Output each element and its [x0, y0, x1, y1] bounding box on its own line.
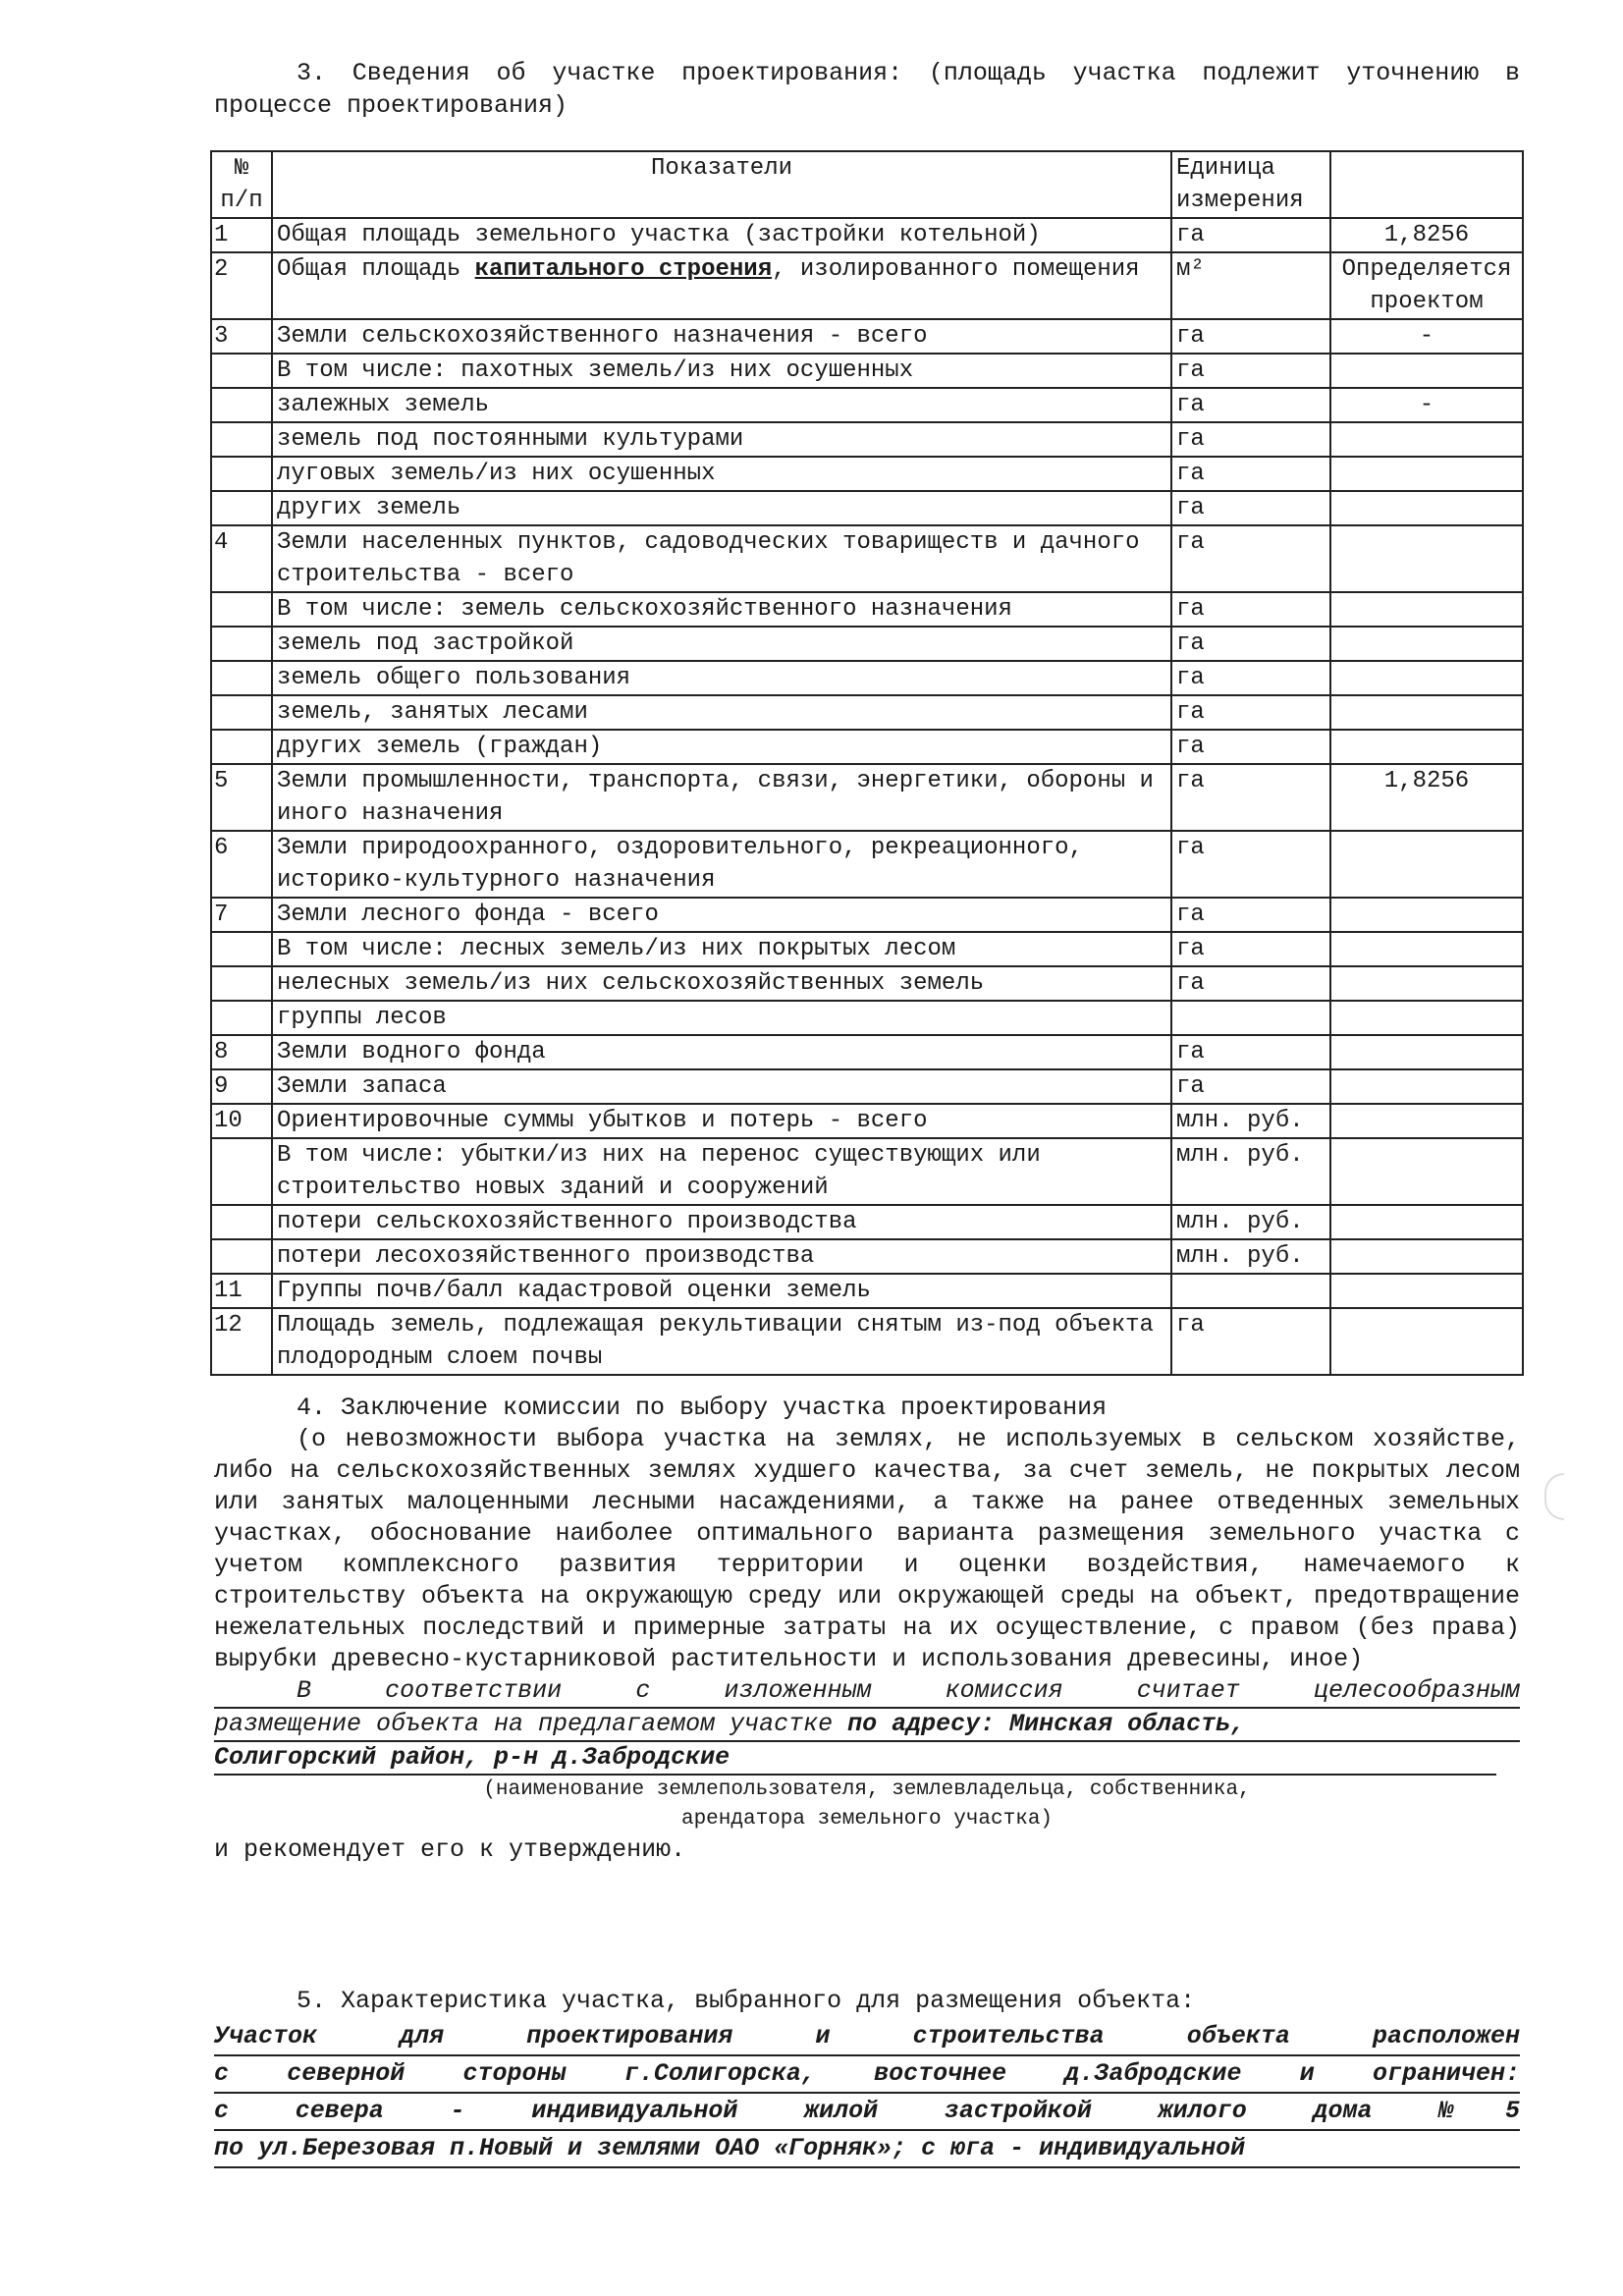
row-number	[211, 1138, 272, 1205]
row-value	[1330, 1138, 1523, 1205]
table-row: 12Площадь земель, подлежащая рекультивац…	[211, 1308, 1523, 1375]
table-row: 2Общая площадь капитального строения, из…	[211, 252, 1523, 319]
row-number: 5	[211, 764, 272, 831]
row-unit: га	[1171, 457, 1330, 491]
row-number	[211, 627, 272, 661]
row-number: 4	[211, 525, 272, 592]
row-label: потери сельскохозяйственного производств…	[272, 1205, 1171, 1239]
row-unit: га	[1171, 218, 1330, 252]
row-value: 1,8256	[1330, 218, 1523, 252]
label-prefix: Общая площадь	[277, 256, 475, 283]
row-unit: га	[1171, 525, 1330, 592]
recommend-text: и рекомендует его к утверждению.	[214, 1834, 1520, 1866]
row-unit: га	[1171, 695, 1330, 730]
note-line-2: арендатора земельного участка)	[214, 1805, 1520, 1834]
row-value	[1330, 898, 1523, 932]
row-unit: м²	[1171, 252, 1330, 319]
row-value	[1330, 1035, 1523, 1069]
row-label: Ориентировочные суммы убытков и потерь -…	[272, 1104, 1171, 1138]
row-value	[1330, 1239, 1523, 1274]
row-unit: млн. руб.	[1171, 1239, 1330, 1274]
row-number	[211, 661, 272, 695]
row-unit: га	[1171, 319, 1330, 354]
row-value	[1330, 627, 1523, 661]
row-number	[211, 932, 272, 966]
row-value	[1330, 1104, 1523, 1138]
table-row: 5Земли промышленности, транспорта, связи…	[211, 764, 1523, 831]
row-value	[1330, 695, 1523, 730]
table-row: 6Земли природоохранного, оздоровительног…	[211, 831, 1523, 898]
row-number: 6	[211, 831, 272, 898]
row-unit: га	[1171, 354, 1330, 388]
section5-line-1: Участок для проектирования и строительст…	[214, 2019, 1520, 2056]
row-label: луговых земель/из них осушенных	[272, 457, 1171, 491]
section3-number: 3.	[297, 59, 326, 87]
row-number	[211, 695, 272, 730]
section3-heading-text: Сведения об участке проектирования: (пло…	[214, 59, 1520, 120]
row-value	[1330, 966, 1523, 1001]
row-number: 10	[211, 1104, 272, 1138]
conclusion-line-2: размещение объекта на предлагаемом участ…	[214, 1709, 1520, 1742]
row-number: 1	[211, 218, 272, 252]
table-row: 9Земли запасага	[211, 1069, 1523, 1104]
row-unit: га	[1171, 730, 1330, 764]
row-unit: га	[1171, 1069, 1330, 1104]
row-number	[211, 592, 272, 627]
row-label: группы лесов	[272, 1001, 1171, 1035]
section5-line-2: с северной стороны г.Солигорска, восточн…	[214, 2056, 1520, 2094]
table-row: других земельга	[211, 491, 1523, 525]
conclusion-line-3: Солигорский район, р-н д.Забродские	[214, 1742, 1496, 1776]
section5-heading: 5. Характеристика участка, выбранного дл…	[214, 1984, 1520, 2019]
section5: 5. Характеристика участка, выбранного дл…	[214, 1984, 1520, 2168]
table-row: других земель (граждан)га	[211, 730, 1523, 764]
row-label: потери лесохозяйственного производства	[272, 1239, 1171, 1274]
section4-paragraph: (о невозможности выбора участка на земля…	[214, 1424, 1520, 1675]
row-value	[1330, 422, 1523, 457]
table-row: земель под застройкойга	[211, 627, 1523, 661]
row-label: земель общего пользования	[272, 661, 1171, 695]
row-number: 11	[211, 1274, 272, 1308]
document-page: 3. Сведения об участке проектирования: (…	[0, 0, 1623, 2296]
row-number	[211, 1239, 272, 1274]
section4-heading: 4. Заключение комиссии по выбору участка…	[214, 1393, 1520, 1424]
row-unit: га	[1171, 1308, 1330, 1375]
row-label: других земель	[272, 491, 1171, 525]
row-value	[1330, 354, 1523, 388]
conclusion-line-1: В соответствии с изложенным комиссия счи…	[214, 1675, 1520, 1709]
table-row: В том числе: лесных земель/из них покрыт…	[211, 932, 1523, 966]
table-row: 8Земли водного фондага	[211, 1035, 1523, 1069]
row-unit: млн. руб.	[1171, 1104, 1330, 1138]
row-unit: га	[1171, 1035, 1330, 1069]
row-label: В том числе: убытки/из них на перенос су…	[272, 1138, 1171, 1205]
table-row: 11Группы почв/балл кадастровой оценки зе…	[211, 1274, 1523, 1308]
row-label: В том числе: земель сельскохозяйственног…	[272, 592, 1171, 627]
row-label: Группы почв/балл кадастровой оценки земе…	[272, 1274, 1171, 1308]
table-header-row: № п/п Показатели Единица измерения	[211, 151, 1523, 218]
row-value	[1330, 592, 1523, 627]
row-number	[211, 422, 272, 457]
row-value	[1330, 491, 1523, 525]
row-number: 2	[211, 252, 272, 319]
row-unit: га	[1171, 491, 1330, 525]
row-value	[1330, 1001, 1523, 1035]
header-indicators: Показатели	[272, 151, 1171, 218]
row-value	[1330, 525, 1523, 592]
row-unit: га	[1171, 422, 1330, 457]
row-label: Земли промышленности, транспорта, связи,…	[272, 764, 1171, 831]
table-row: земель под постоянными культурамига	[211, 422, 1523, 457]
row-value	[1330, 457, 1523, 491]
row-value: -	[1330, 388, 1523, 422]
table-row: земель, занятых лесамига	[211, 695, 1523, 730]
row-unit: га	[1171, 831, 1330, 898]
section3-heading: 3. Сведения об участке проектирования: (…	[214, 57, 1520, 122]
table-row: 3Земли сельскохозяйственного назначения …	[211, 319, 1523, 354]
label-suffix: , изолированного помещения	[772, 256, 1139, 283]
table-row: земель общего пользованияга	[211, 661, 1523, 695]
row-label: Земли водного фонда	[272, 1035, 1171, 1069]
row-number	[211, 388, 272, 422]
row-value: -	[1330, 319, 1523, 354]
row-label: Общая площадь земельного участка (застро…	[272, 218, 1171, 252]
row-value	[1330, 1308, 1523, 1375]
label-bold: капитального строения	[475, 256, 772, 283]
row-unit: га	[1171, 764, 1330, 831]
row-unit: га	[1171, 898, 1330, 932]
row-value	[1330, 831, 1523, 898]
table-body: 1Общая площадь земельного участка (застр…	[211, 218, 1523, 1375]
row-unit: га	[1171, 592, 1330, 627]
row-number	[211, 354, 272, 388]
row-unit: га	[1171, 627, 1330, 661]
row-label: Земли сельскохозяйственного назначения -…	[272, 319, 1171, 354]
row-value	[1330, 1274, 1523, 1308]
section4: 4. Заключение комиссии по выбору участка…	[214, 1393, 1520, 1866]
section5-line-4: по ул.Березовая п.Новый и землями ОАО «Г…	[214, 2131, 1520, 2168]
row-label: Общая площадь капитального строения, изо…	[272, 252, 1171, 319]
row-unit: млн. руб.	[1171, 1205, 1330, 1239]
header-value	[1330, 151, 1523, 218]
row-value	[1330, 661, 1523, 695]
row-number	[211, 1001, 272, 1035]
table-row: группы лесов	[211, 1001, 1523, 1035]
row-unit: га	[1171, 388, 1330, 422]
row-label: нелесных земель/из них сельскохозяйствен…	[272, 966, 1171, 1001]
row-number	[211, 491, 272, 525]
scan-artifact	[1544, 1473, 1564, 1520]
row-unit: га	[1171, 966, 1330, 1001]
row-label: В том числе: лесных земель/из них покрыт…	[272, 932, 1171, 966]
row-number: 9	[211, 1069, 272, 1104]
table-row: потери лесохозяйственного производствамл…	[211, 1239, 1523, 1274]
row-value	[1330, 932, 1523, 966]
header-num: № п/п	[211, 151, 272, 218]
table-row: потери сельскохозяйственного производств…	[211, 1205, 1523, 1239]
row-label: В том числе: пахотных земель/из них осуш…	[272, 354, 1171, 388]
row-unit	[1171, 1274, 1330, 1308]
row-number	[211, 966, 272, 1001]
row-unit	[1171, 1001, 1330, 1035]
row-label: Земли природоохранного, оздоровительного…	[272, 831, 1171, 898]
row-label: Земли лесного фонда - всего	[272, 898, 1171, 932]
row-number: 3	[211, 319, 272, 354]
note-line-1: (наименование землепользователя, землевл…	[214, 1776, 1520, 1805]
header-unit: Единица измерения	[1171, 151, 1330, 218]
row-value: 1,8256	[1330, 764, 1523, 831]
row-unit: млн. руб.	[1171, 1138, 1330, 1205]
row-label: Земли запаса	[272, 1069, 1171, 1104]
row-number: 8	[211, 1035, 272, 1069]
row-value: Определяется проектом	[1330, 252, 1523, 319]
row-unit: га	[1171, 932, 1330, 966]
indicators-table: № п/п Показатели Единица измерения 1Обща…	[210, 150, 1524, 1376]
row-label: земель под постоянными культурами	[272, 422, 1171, 457]
conclusion-italic: размещение объекта на предлагаемом участ…	[214, 1710, 847, 1738]
row-label: Площадь земель, подлежащая рекультивации…	[272, 1308, 1171, 1375]
row-label: земель под застройкой	[272, 627, 1171, 661]
table-row: 7Земли лесного фонда - всегога	[211, 898, 1523, 932]
row-value	[1330, 730, 1523, 764]
row-value	[1330, 1069, 1523, 1104]
row-number: 12	[211, 1308, 272, 1375]
table-row: В том числе: убытки/из них на перенос су…	[211, 1138, 1523, 1205]
row-number	[211, 730, 272, 764]
row-label: земель, занятых лесами	[272, 695, 1171, 730]
table-row: В том числе: земель сельскохозяйственног…	[211, 592, 1523, 627]
table-row: 10Ориентировочные суммы убытков и потерь…	[211, 1104, 1523, 1138]
row-unit: га	[1171, 661, 1330, 695]
table-row: 4Земли населенных пунктов, садоводческих…	[211, 525, 1523, 592]
table-row: В том числе: пахотных земель/из них осуш…	[211, 354, 1523, 388]
conclusion-address: по адресу: Минская область,	[847, 1710, 1245, 1738]
row-label: других земель (граждан)	[272, 730, 1171, 764]
row-label: Земли населенных пунктов, садоводческих …	[272, 525, 1171, 592]
row-number: 7	[211, 898, 272, 932]
row-value	[1330, 1205, 1523, 1239]
table-row: 1Общая площадь земельного участка (застр…	[211, 218, 1523, 252]
table-row: луговых земель/из них осушенныхга	[211, 457, 1523, 491]
table-row: нелесных земель/из них сельскохозяйствен…	[211, 966, 1523, 1001]
section5-line-3: с севера - индивидуальной жилой застройк…	[214, 2094, 1520, 2131]
table-row: залежных земельга-	[211, 388, 1523, 422]
row-number	[211, 1205, 272, 1239]
row-number	[211, 457, 272, 491]
row-label: залежных земель	[272, 388, 1171, 422]
